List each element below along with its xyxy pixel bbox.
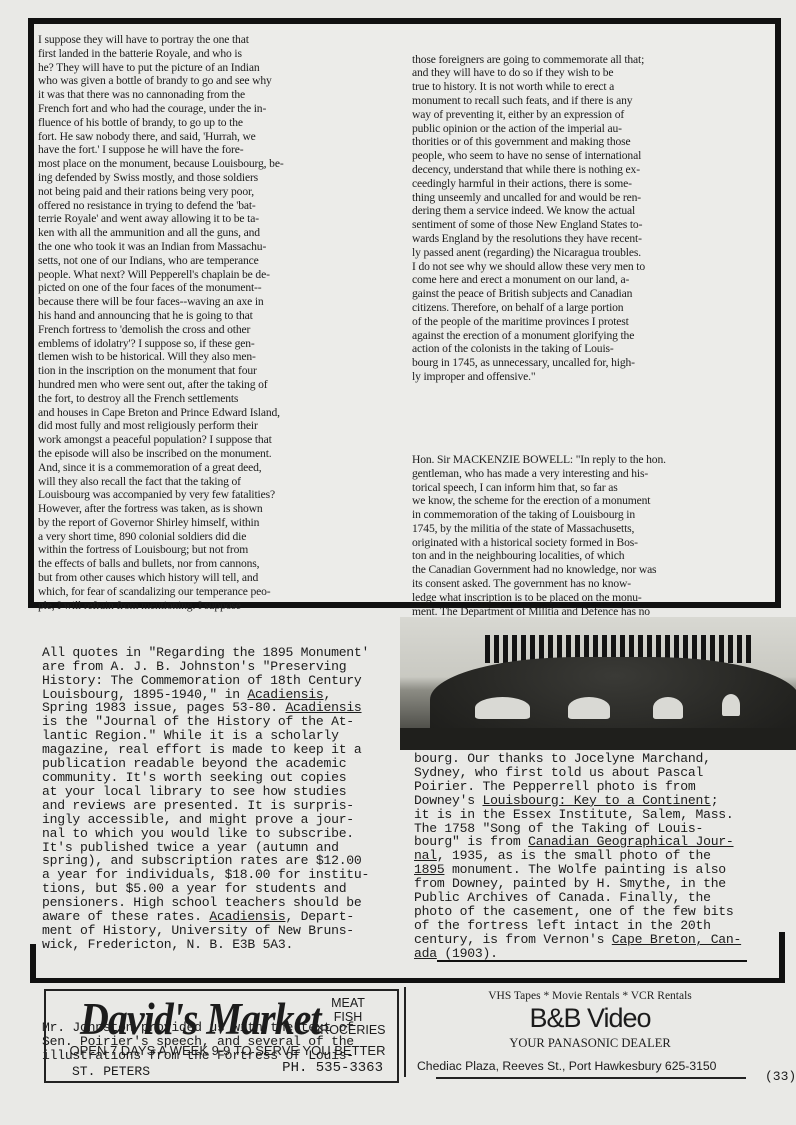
text-line: not being paid and their rations being v… (38, 185, 284, 199)
frame-bar-left (30, 944, 36, 982)
text-line: Poirier. The Pepperrell photo is from (414, 780, 741, 794)
text-segment: ment of History, University of New Bruns… (42, 923, 354, 938)
davids-market-location: ST. PETERS (72, 1064, 150, 1079)
bb-video-tagline: VHS Tapes * Movie Rentals * VCR Rentals (404, 990, 796, 1002)
text-segment: photo of the casement, one of the few bi… (414, 904, 734, 919)
text-line: torical speech, I can inform him that, s… (412, 481, 666, 495)
text-line: at your local library to see how studies (42, 785, 369, 799)
text-segment: are from A. J. B. Johnston's "Preserving (42, 659, 346, 674)
text-line: the effects of balls and bullets, nor fr… (38, 557, 284, 571)
text-line: Hon. Sir MACKENZIE BOWELL: "In reply to … (412, 453, 666, 467)
text-line: bourg in 1745, as unnecessary, uncalled … (412, 356, 666, 370)
text-line: ing defended by Swiss mostly, and those … (38, 171, 284, 185)
text-line: in commemoration of the taking of Louisb… (412, 508, 666, 522)
text-line: ment of History, University of New Bruns… (42, 924, 369, 938)
text-line: citizens. Therefore, on behalf of a larg… (412, 301, 666, 315)
underlined-title: nal (414, 848, 437, 863)
text-line: true to history. It is not worth while t… (412, 80, 666, 94)
text-line: from Downey, painted by H. Smythe, in th… (414, 877, 741, 891)
text-line: photo of the casement, one of the few bi… (414, 905, 741, 919)
text-line: way of preventing it, either by an expre… (412, 108, 666, 122)
text-segment: at your local library to see how studies (42, 784, 346, 799)
bb-video-name: B&B Video (404, 1003, 796, 1034)
text-line: Sydney, who first told us about Pascal (414, 766, 741, 780)
text-line: have the fort.' I suppose he will have t… (38, 143, 284, 157)
text-line: ple, I will refrain from mentioning. I s… (38, 599, 284, 613)
text-line: those foreigners are going to commemorat… (412, 53, 666, 67)
text-line: terrie Royale' and went away allowing it… (38, 212, 284, 226)
text-line: and houses in Cape Breton and Prince Edw… (38, 406, 284, 420)
text-line: his hand and announcing that he is going… (38, 309, 284, 323)
text-segment: wick, Fredericton, N. B. E3B 5A3. (42, 937, 293, 952)
underlined-title: 1895 (414, 862, 444, 877)
text-line: most place on the monument, because Loui… (38, 157, 284, 171)
text-line: emblems of idolatry'? I suppose so, if t… (38, 337, 284, 351)
davids-market-ad: David's Market MEAT FISH GROCERIES OPEN … (44, 989, 399, 1083)
text-line: tions, but $5.00 a year for students and (42, 882, 369, 896)
text-line: picted on one of the four faces of the m… (38, 281, 284, 295)
text-segment: It's published twice a year (autumn and (42, 840, 339, 855)
text-segment: monument. The Wolfe painting is also (444, 862, 725, 877)
text-segment: ; (711, 793, 719, 808)
text-segment: ingly accessible, and might prove a jour… (42, 812, 354, 827)
debate-right-para-1: those foreigners are going to commemorat… (412, 53, 666, 384)
casement-photo (400, 617, 796, 750)
text-line: And, since it is a commemoration of a gr… (38, 461, 284, 475)
text-line: a very short time, 890 colonial soldiers… (38, 530, 284, 544)
underlined-title: Canadian Geographical Jour- (528, 834, 733, 849)
photo-ground (400, 728, 796, 750)
text-segment: community. It's worth seeking out copies (42, 770, 346, 785)
text-segment: Public Archives of Canada. Finally, the (414, 890, 711, 905)
underlined-title: Louisbourg: Key to a Continent (482, 793, 710, 808)
text-line: because there will be four faces--waving… (38, 295, 284, 309)
text-line: the episode will also be inscribed on th… (38, 447, 284, 461)
text-segment: pensioners. High school teachers should … (42, 895, 362, 910)
text-line: century, is from Vernon's Cape Breton, C… (414, 933, 741, 947)
senate-debate-box: I suppose they will have to portray the … (28, 18, 781, 608)
text-line: nal, 1935, as is the small photo of the (414, 849, 741, 863)
text-segment: Louisbourg, 1895-1940," in (42, 687, 247, 702)
text-segment: , (323, 687, 331, 702)
text-line: publication readable beyond the academic (42, 757, 369, 771)
bb-video-ad: VHS Tapes * Movie Rentals * VCR Rentals … (404, 985, 796, 1083)
text-line: ingly accessible, and might prove a jour… (42, 813, 369, 827)
frame-bar-bottom (30, 978, 785, 983)
text-line: tlemen wish to be historical. Will they … (38, 350, 284, 364)
text-line: within the fortress of Louisbourg; but n… (38, 543, 284, 557)
photo-arch (722, 694, 740, 716)
bb-video-rule (436, 1077, 746, 1079)
davids-market-hours: OPEN 7 DAYS A WEEK 9-9 TO SERVE YOU BETT… (46, 1043, 397, 1058)
text-line: gainst the peace of British subjects and… (412, 287, 666, 301)
text-line: The 1758 "Song of the Taking of Louis- (414, 822, 741, 836)
text-segment: Sydney, who first told us about Pascal (414, 765, 703, 780)
text-line: hundred men who were sent out, after the… (38, 378, 284, 392)
text-segment: of the fortress left intact in the 20th (414, 918, 711, 933)
text-line: 1745, by the militia of the state of Mas… (412, 522, 666, 536)
text-line: ly passed anent (regarding) the Nicaragu… (412, 246, 666, 260)
text-segment: Downey's (414, 793, 482, 808)
text-segment: bourg. Our thanks to Jocelyne Marchand, (414, 751, 711, 766)
text-line: and reviews are presented. It is surpris… (42, 799, 369, 813)
text-line: spring), and subscription rates are $12.… (42, 854, 369, 868)
text-line: the fort, to destroy all the French sett… (38, 392, 284, 406)
text-line: by the report of Governor Shirley himsel… (38, 516, 284, 530)
photo-arch (475, 697, 530, 719)
text-line: aware of these rates. Acadiensis, Depart… (42, 910, 369, 924)
frame-rule (437, 960, 747, 962)
text-segment: magazine, real effort is made to keep it… (42, 742, 362, 757)
underlined-title: ada (414, 946, 437, 961)
text-line: I do not see why we should allow these v… (412, 260, 666, 274)
bb-video-subtitle: YOUR PANASONIC DEALER (404, 1036, 796, 1051)
frame-bar-right (779, 932, 785, 983)
text-line: ada (1903). (414, 947, 741, 961)
text-segment: Spring 1983 issue, pages 53-80. (42, 700, 285, 715)
text-line: pensioners. High school teachers should … (42, 896, 369, 910)
text-line: fluence of his bottle of brandy, to go u… (38, 116, 284, 130)
text-segment: is the "Journal of the History of the At… (42, 714, 354, 729)
text-line: French fortress to 'demolish the cross a… (38, 323, 284, 337)
text-line: who was given a bottle of brandy to go a… (38, 74, 284, 88)
text-segment: All quotes in "Regarding the 1895 Monume… (42, 645, 369, 660)
text-line: ledge what inscription is to be placed o… (412, 591, 666, 605)
text-segment: spring), and subscription rates are $12.… (42, 853, 362, 868)
text-line: All quotes in "Regarding the 1895 Monume… (42, 646, 369, 660)
text-segment: and reviews are presented. It is surpris… (42, 798, 354, 813)
text-segment: bourg" is from (414, 834, 528, 849)
text-segment: aware of these rates. (42, 909, 209, 924)
underlined-title: Acadiensis (285, 700, 361, 715)
text-line: lantic Region." While it is a scholarly (42, 729, 369, 743)
debate-left-column: I suppose they will have to portray the … (38, 33, 284, 612)
underlined-title: Acadiensis (209, 909, 285, 924)
text-line: gentleman, who has made a very interesti… (412, 467, 666, 481)
underlined-title: Cape Breton, Can- (612, 932, 741, 947)
text-line: offered no resistance in trying to defen… (38, 199, 284, 213)
text-segment: from Downey, painted by H. Smythe, in th… (414, 876, 726, 891)
text-line: come here and erect a monument on our la… (412, 273, 666, 287)
text-line: wick, Fredericton, N. B. E3B 5A3. (42, 938, 369, 952)
text-line: people. What next? Will Pepperell's chap… (38, 268, 284, 282)
photo-arch (568, 697, 610, 719)
text-line: wards England by the resolutions they ha… (412, 232, 666, 246)
page-number: (33) (765, 1069, 796, 1084)
text-line: Spring 1983 issue, pages 53-80. Acadiens… (42, 701, 369, 715)
text-line: History: The Commemoration of 18th Centu… (42, 674, 369, 688)
text-line: is the "Journal of the History of the At… (42, 715, 369, 729)
text-segment: The 1758 "Song of the Taking of Louis- (414, 821, 703, 836)
text-line: public opinion or the action of the impe… (412, 122, 666, 136)
text-line: bourg. Our thanks to Jocelyne Marchand, (414, 752, 741, 766)
text-line: Downey's Louisbourg: Key to a Continent; (414, 794, 741, 808)
text-line: will they also recall the fact that the … (38, 475, 284, 489)
bb-video-address: Chediac Plaza, Reeves St., Port Hawkesbu… (417, 1059, 716, 1073)
category-groceries: GROCERIES (308, 1024, 388, 1038)
text-line: originated with a historical society for… (412, 536, 666, 550)
text-line: ly improper and offensive." (412, 370, 666, 384)
text-line: sentiment of some of those New England S… (412, 218, 666, 232)
text-line: bourg" is from Canadian Geographical Jou… (414, 835, 741, 849)
text-line: 1895 monument. The Wolfe painting is als… (414, 863, 741, 877)
text-line: Louisbourg, 1895-1940," in Acadiensis, (42, 688, 369, 702)
text-line: its consent asked. The government has no… (412, 577, 666, 591)
text-line: monument to recall such feats, and if th… (412, 94, 666, 108)
text-line: However, after the fortress was taken, a… (38, 502, 284, 516)
text-segment: , 1935, as is the small photo of the (437, 848, 711, 863)
text-line: people, who seem to have no sense of int… (412, 149, 666, 163)
text-line: thorities or of this government and maki… (412, 135, 666, 149)
davids-market-logo: David's Market (80, 991, 320, 1045)
text-line: but from other causes which history will… (38, 571, 284, 585)
text-segment: it is in the Essex Institute, Salem, Mas… (414, 807, 734, 822)
text-line: action of the colonists in the taking of… (412, 342, 666, 356)
text-line: French fort and who had the courage, und… (38, 102, 284, 116)
text-line: ton and in the neighbouring localities, … (412, 549, 666, 563)
text-line: thing unseemly and uncalled for and woul… (412, 191, 666, 205)
text-line: community. It's worth seeking out copies (42, 771, 369, 785)
photo-arch (653, 697, 683, 719)
text-segment: publication readable beyond the academic (42, 756, 346, 771)
text-line: I suppose they will have to portray the … (38, 33, 284, 47)
text-line: first landed in the batterie Royale, and… (38, 47, 284, 61)
text-line: Public Archives of Canada. Finally, the (414, 891, 741, 905)
text-line: decency, understand that while there is … (412, 163, 666, 177)
text-line: It's published twice a year (autumn and (42, 841, 369, 855)
davids-market-phone: PH. 535-3363 (282, 1060, 383, 1076)
text-line: setts, not one of our Indians, who are t… (38, 254, 284, 268)
text-line: of the fortress left intact in the 20th (414, 919, 741, 933)
text-segment: , Depart- (285, 909, 353, 924)
text-line: ken with all the ammunition and all the … (38, 226, 284, 240)
davids-market-categories: MEAT FISH GROCERIES (308, 997, 388, 1038)
text-line: are from A. J. B. Johnston's "Preserving (42, 660, 369, 674)
text-line: Louisbourg was accompanied by very few f… (38, 488, 284, 502)
text-segment: a year for individuals, $18.00 for insti… (42, 867, 369, 882)
text-line: and they will have to do so if they wish… (412, 66, 666, 80)
text-line: magazine, real effort is made to keep it… (42, 743, 369, 757)
credits-para-1: All quotes in "Regarding the 1895 Monume… (42, 646, 369, 952)
text-line: work amongst a peaceful population? I su… (38, 433, 284, 447)
text-line: ceedingly harmful in their actions, ther… (412, 177, 666, 191)
text-line: fort. He saw nobody there, and said, 'Hu… (38, 130, 284, 144)
text-segment: History: The Commemoration of 18th Centu… (42, 673, 362, 688)
text-segment: Poirier. The Pepperrell photo is from (414, 779, 695, 794)
text-segment: lantic Region." While it is a scholarly (42, 728, 339, 743)
text-line: did most fully and most religiously perf… (38, 419, 284, 433)
text-line: it is in the Essex Institute, Salem, Mas… (414, 808, 741, 822)
text-line: he? They will have to put the picture of… (38, 61, 284, 75)
text-line: against the erection of a monument glori… (412, 329, 666, 343)
text-segment: tions, but $5.00 a year for students and (42, 881, 346, 896)
underlined-title: Acadiensis (247, 687, 323, 702)
text-line: we know, the scheme for the erection of … (412, 494, 666, 508)
text-line: of the people of the maritime provinces … (412, 315, 666, 329)
text-line: the one who took it was an Indian from M… (38, 240, 284, 254)
text-segment: century, is from Vernon's (414, 932, 612, 947)
category-fish: FISH (308, 1011, 388, 1025)
text-line: tion in the inscription on the monument … (38, 364, 284, 378)
category-meat: MEAT (308, 997, 388, 1011)
credits-right-column: bourg. Our thanks to Jocelyne Marchand,S… (414, 752, 741, 961)
text-line: a year for individuals, $18.00 for insti… (42, 868, 369, 882)
text-line: it was that there was no cannonading fro… (38, 88, 284, 102)
text-line: the Canadian Government had no knowledge… (412, 563, 666, 577)
text-line: which, for fear of scandalizing our temp… (38, 585, 284, 599)
text-segment: (1903). (437, 946, 498, 961)
text-segment: nal to which you would like to subscribe… (42, 826, 354, 841)
text-line: nal to which you would like to subscribe… (42, 827, 369, 841)
text-line: dering them a service indeed. We know th… (412, 204, 666, 218)
